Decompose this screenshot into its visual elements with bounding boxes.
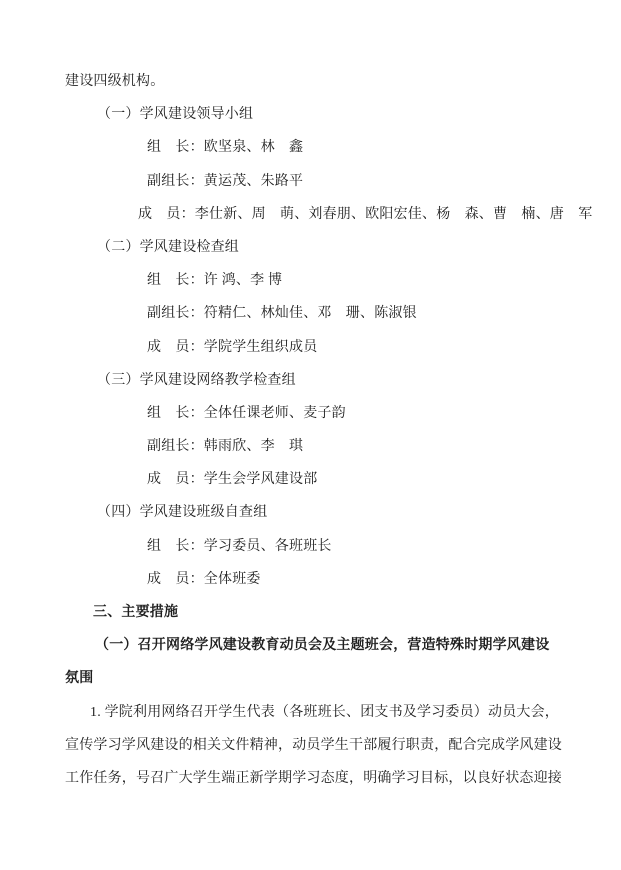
text-line: 副组长：韩雨欣、李 琪 — [147, 430, 576, 463]
text-line: 组 长：欧坚泉、林 鑫 — [147, 131, 576, 164]
text-line: 建设四级机构。 — [65, 65, 576, 98]
section-heading: （二）学风建设检查组 — [97, 231, 576, 264]
text-line: 副组长：黄运茂、朱路平 — [147, 165, 576, 198]
subsection-heading-wrap: 氛围 — [65, 662, 576, 695]
text-line: 组 长：许 鸿、李 博 — [147, 264, 576, 297]
document-page: 建设四级机构。 （一）学风建设领导小组 组 长：欧坚泉、林 鑫 副组长：黄运茂、… — [0, 0, 621, 870]
chapter-heading: 三、主要措施 — [93, 596, 576, 629]
section-heading: （四）学风建设班级自查组 — [97, 496, 576, 529]
text-line: 成 员：学生会学风建设部 — [147, 463, 576, 496]
subsection-heading: （一）召开网络学风建设教育动员会及主题班会，营造特殊时期学风建设 — [95, 629, 576, 662]
section-heading: （一）学风建设领导小组 — [97, 98, 576, 131]
paragraph-line: 1. 学院利用网络召开学生代表（各班班长、团支书及学习委员）动员大会， — [90, 696, 576, 729]
text-line: 成 员：学院学生组织成员 — [147, 331, 576, 364]
section-heading: （三）学风建设网络教学检查组 — [97, 364, 576, 397]
paragraph-line: 工作任务，号召广大学生端正新学期学习态度，明确学习目标，以良好状态迎接 — [65, 762, 576, 795]
text-line: 副组长：符精仁、林灿佳、邓 珊、陈淑银 — [147, 297, 576, 330]
paragraph-line: 宣传学习学风建设的相关文件精神，动员学生干部履行职责，配合完成学风建设 — [65, 729, 576, 762]
text-line: 成 员：全体班委 — [147, 563, 576, 596]
text-line: 组 长：学习委员、各班班长 — [147, 530, 576, 563]
text-line: 成 员：李仕新、周 萌、刘春朋、欧阳宏佳、杨 森、曹 楠、唐 军 — [138, 198, 576, 231]
text-line: 组 长：全体任课老师、麦子韵 — [147, 397, 576, 430]
